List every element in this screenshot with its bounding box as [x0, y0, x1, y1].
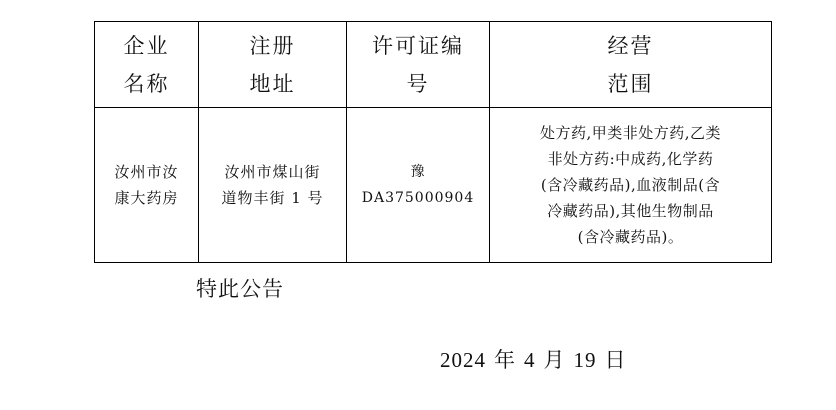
header-text: 名称	[95, 65, 198, 103]
cell-text: 处方药,甲类非处方药,乙类	[496, 120, 765, 146]
cell-text: (含冷藏药品),血液制品(含	[496, 172, 765, 198]
table-header-row: 企业 名称 注册 地址 许可证编 号 经营 范围	[95, 22, 772, 108]
cell-text: DA375000904	[347, 185, 489, 211]
table-row: 汝州市汝 康大药房 汝州市煤山街 道物丰街 1 号 豫 DA375000904 …	[95, 108, 772, 263]
header-text: 企业	[95, 27, 198, 65]
cell-company-name: 汝州市汝 康大药房	[95, 108, 199, 263]
cell-text: (含冷藏药品)。	[496, 224, 765, 250]
header-text: 地址	[199, 65, 346, 103]
header-business-scope: 经营 范围	[490, 22, 772, 108]
cell-business-scope: 处方药,甲类非处方药,乙类 非处方药:中成药,化学药 (含冷藏药品),血液制品(…	[490, 108, 772, 263]
license-notice-table: 企业 名称 注册 地址 许可证编 号 经营 范围 汝州市汝 康大药房 汝州市煤山…	[94, 21, 772, 263]
header-text: 号	[347, 65, 489, 103]
cell-text: 冷藏药品),其他生物制品	[496, 198, 765, 224]
notice-date: 2024年4月19日	[440, 344, 635, 374]
header-text: 许可证编	[347, 27, 489, 65]
header-license-number: 许可证编 号	[347, 22, 490, 108]
header-text: 范围	[490, 65, 771, 103]
cell-text: 道物丰街 1 号	[199, 185, 346, 211]
header-text: 经营	[490, 27, 771, 65]
date-day-unit: 日	[605, 348, 627, 372]
header-company-name: 企业 名称	[95, 22, 199, 108]
date-year-unit: 年	[494, 348, 516, 372]
closing-statement: 特此公告	[196, 273, 284, 303]
cell-address: 汝州市煤山街 道物丰街 1 号	[199, 108, 347, 263]
cell-text: 汝州市煤山街	[199, 159, 346, 185]
cell-text: 非处方药:中成药,化学药	[496, 146, 765, 172]
date-day: 19	[574, 348, 597, 372]
cell-license-number: 豫 DA375000904	[347, 108, 490, 263]
date-year: 2024	[440, 348, 486, 372]
header-registered-address: 注册 地址	[199, 22, 347, 108]
date-month-unit: 月	[544, 348, 566, 372]
cell-text: 豫	[347, 159, 489, 185]
cell-text: 康大药房	[95, 185, 198, 211]
date-month: 4	[524, 348, 536, 372]
cell-text: 汝州市汝	[95, 159, 198, 185]
header-text: 注册	[199, 27, 346, 65]
